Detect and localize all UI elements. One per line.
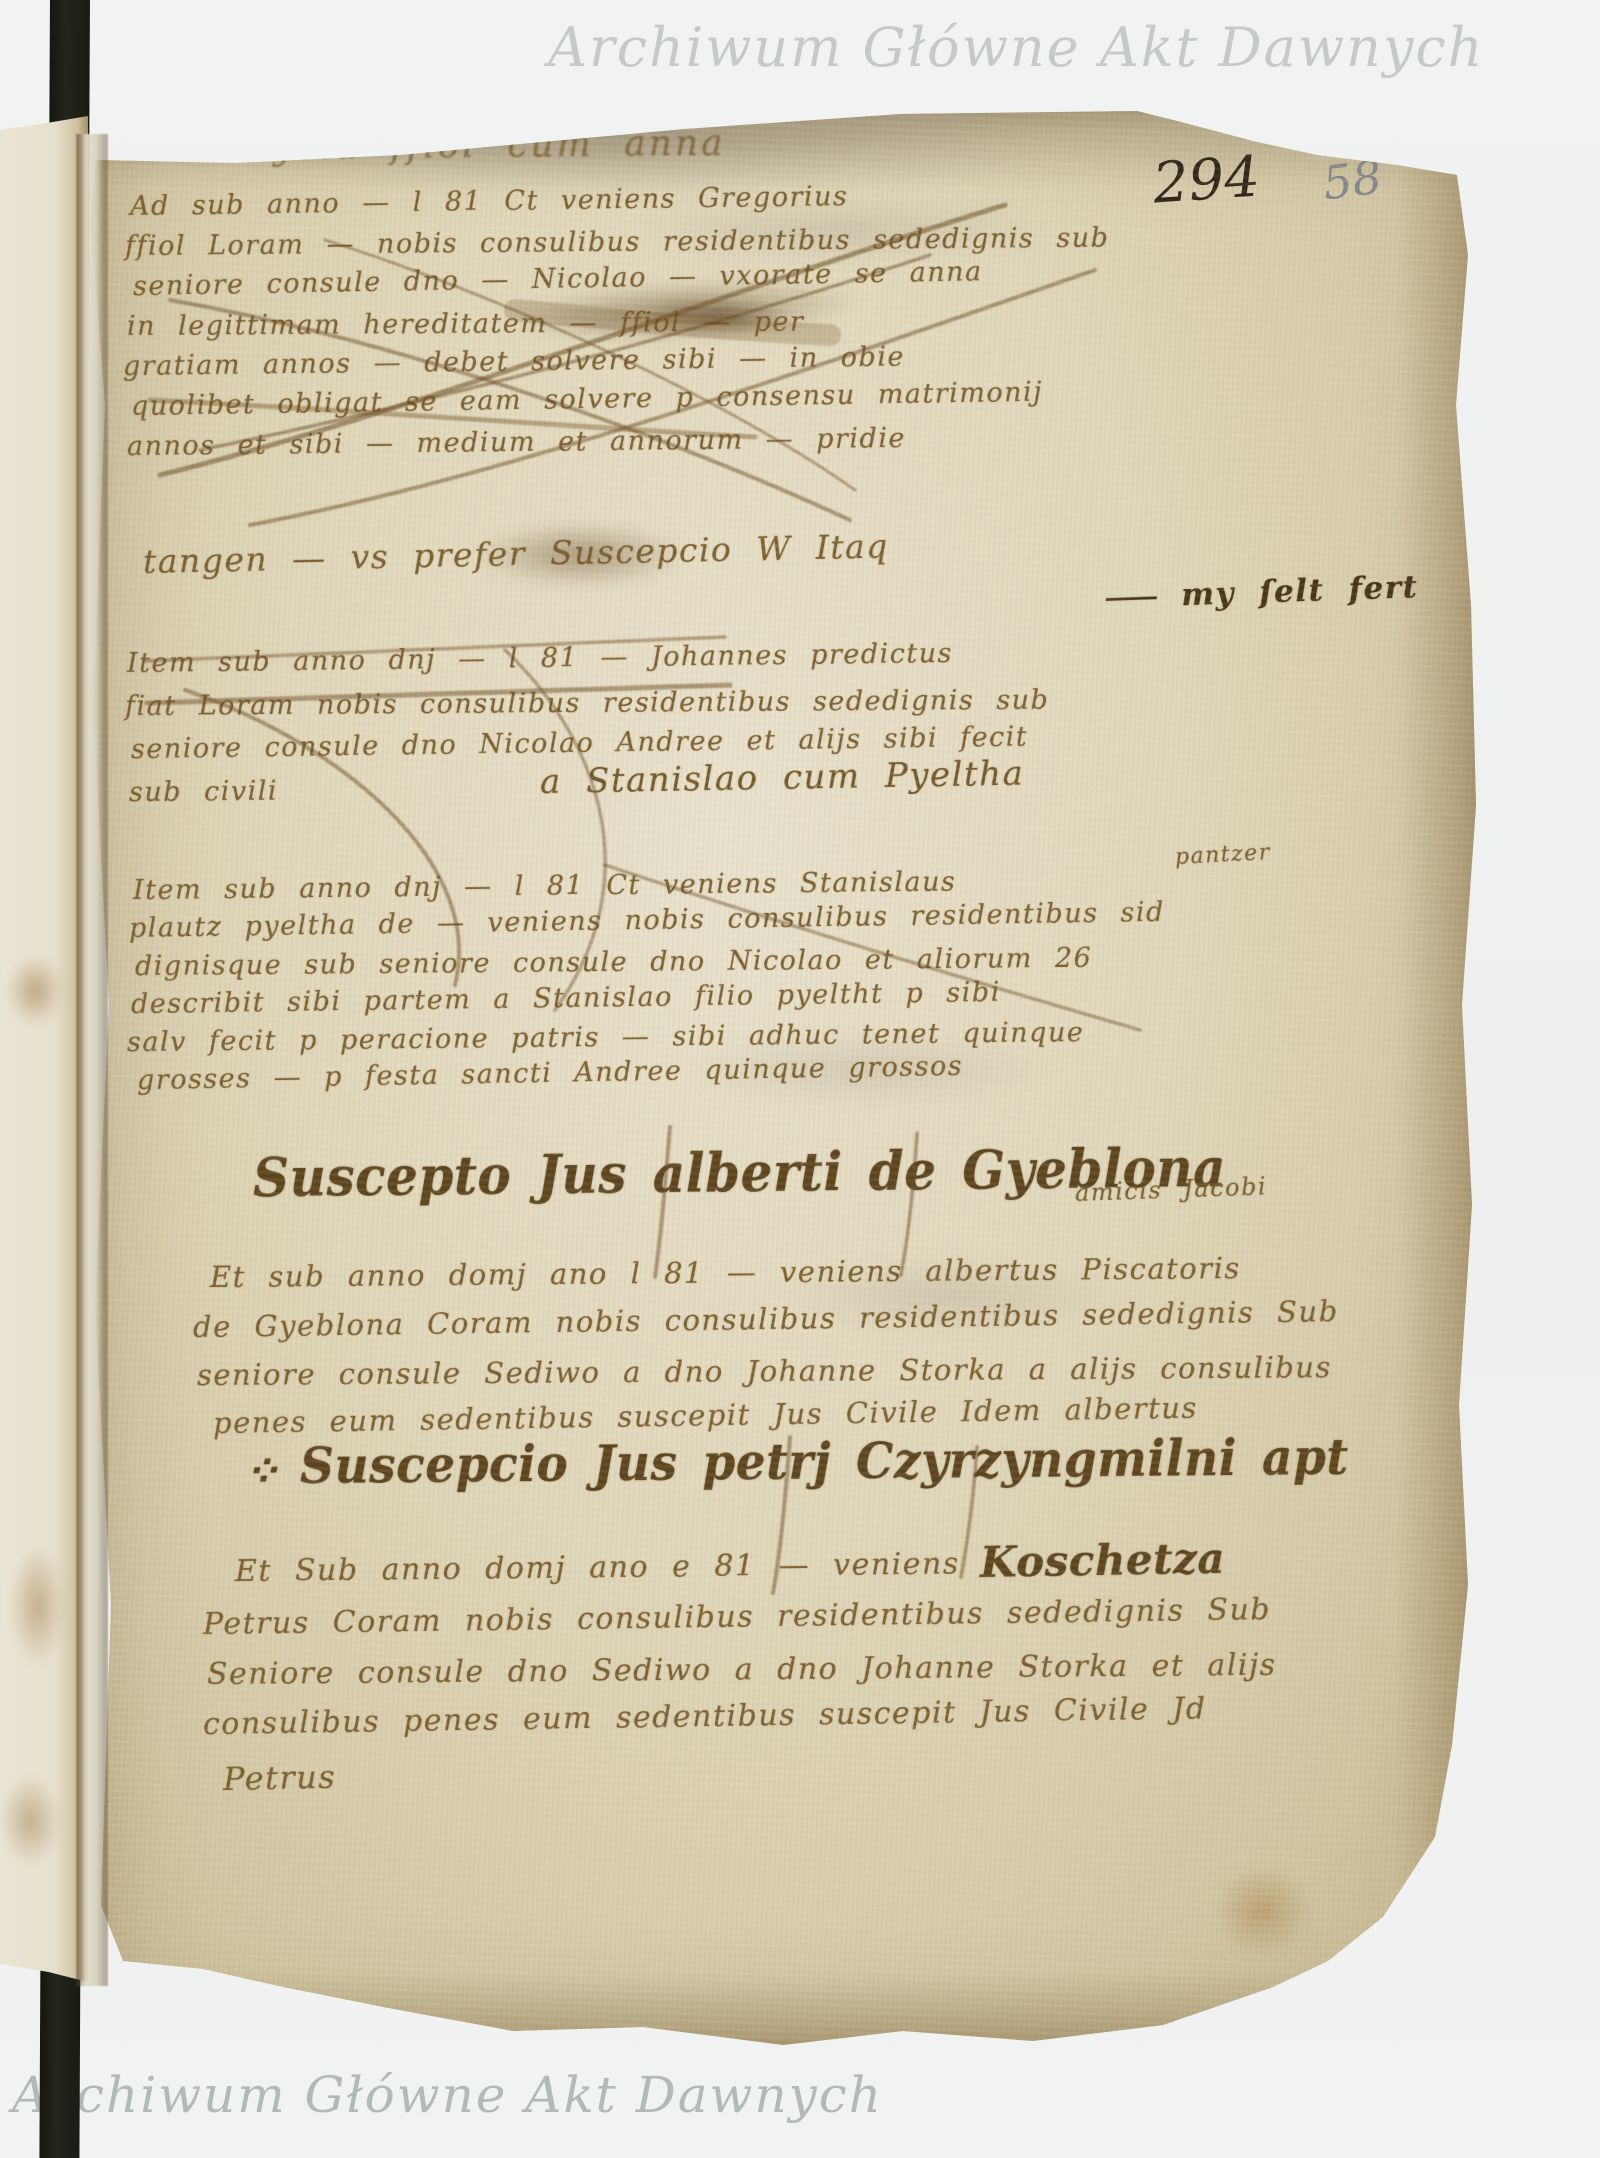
entry-heading-note: amicis Jacobi xyxy=(1075,1174,1268,1205)
manuscript-line: de Gyeblona Coram nobis consulibus resid… xyxy=(193,1297,1339,1342)
manuscript-line: Seniore consule dno Sediwo a dno Johanne… xyxy=(207,1651,1277,1690)
page-top-soiling xyxy=(85,105,1480,190)
manuscript-line: Et Sub anno domj ano e 81 — veniens xyxy=(235,1549,960,1587)
manuscript-line: ffiol Loram — nobis consulibus residenti… xyxy=(125,224,1110,260)
entry-heading-petrus: Suscepcio Jus petrj Czyrzyngmilni apt xyxy=(300,1432,1349,1491)
entry-heading-mark: ⁘ xyxy=(242,1450,281,1495)
manuscript-line: grosses — p festa sancti Andree quinque … xyxy=(137,1053,964,1094)
facing-page-edge xyxy=(0,116,88,1982)
archive-scan: Archiwum Główne Akt Dawnych Archiwum Głó… xyxy=(0,0,1600,2158)
manuscript-page: vysta ffiol cum anna 294 58 Ad sub anno … xyxy=(85,105,1480,2050)
manuscript-line: Item sub anno dnj — l 81 — Johannes pred… xyxy=(127,640,953,677)
manuscript-line: fiat Loram nobis consulibus residentibus… xyxy=(125,687,1050,720)
folio-number-pencil: 58 xyxy=(1320,154,1384,207)
header-title: vysta ffiol cum anna xyxy=(250,126,726,166)
manuscript-line: describit sibi partem a Stanislao filio … xyxy=(131,979,1001,1018)
manuscript-line: Et sub anno domj ano l 81 — veniens albe… xyxy=(210,1254,1241,1292)
manuscript-line: in legittimam hereditatem — ffiol — per xyxy=(127,308,805,340)
page-bottom-edge-shading xyxy=(85,1970,1480,2050)
ink-showthrough-mark xyxy=(10,1546,65,1666)
manuscript-line: seniore consule dno — Nicolao — vxorate … xyxy=(133,258,983,300)
margin-word: pantzer xyxy=(1174,842,1271,869)
archive-watermark-bottom: Archiwum Główne Akt Dawnych xyxy=(12,2066,883,2124)
manuscript-line: Item sub anno dnj — l 81 Ct veniens Stan… xyxy=(133,868,957,904)
manuscript-line: Ad sub anno — l 81 Ct veniens Gregorius xyxy=(130,183,849,220)
page-right-edge-shading xyxy=(1395,105,1480,2050)
archive-watermark-top: Archiwum Główne Akt Dawnych xyxy=(548,16,1484,79)
manuscript-line: quolibet obligat se eam solvere p consen… xyxy=(131,379,1043,420)
manuscript-line: gratiam annos — debet solvere sibi — in … xyxy=(123,343,905,380)
manuscript-line: Petrus Coram nobis consulibus residentib… xyxy=(203,1595,1271,1640)
name-emphasis: Koschetza xyxy=(980,1538,1226,1584)
entry-signature: Petrus xyxy=(223,1761,337,1795)
manuscript-line: consulibus penes eum sedentibus suscepit… xyxy=(203,1694,1207,1740)
manuscript-line: seniore consule Sediwo a dno Johanne Sto… xyxy=(197,1353,1332,1390)
ink-showthrough-mark xyxy=(0,1776,60,1866)
ink-showthrough-mark xyxy=(6,956,64,1026)
manuscript-line: sub civili xyxy=(129,778,278,806)
manuscript-line: annos et sibi — medium et annorum — prid… xyxy=(127,425,906,460)
margin-note: ⸺ my ſelt fert xyxy=(1102,572,1418,614)
folio-number-ink: 294 xyxy=(1151,149,1262,212)
manuscript-line: tangen — vs prefer Suscepcio W Itaq xyxy=(143,529,889,578)
inline-subheading: a Stanislao cum Pyeltha xyxy=(540,757,1025,799)
stain xyxy=(1213,1865,1311,1957)
manuscript-line: dignisque sub seniore consule dno Nicola… xyxy=(135,945,1093,980)
manuscript-line: plautz pyeltha de — veniens nobis consul… xyxy=(129,899,1165,942)
